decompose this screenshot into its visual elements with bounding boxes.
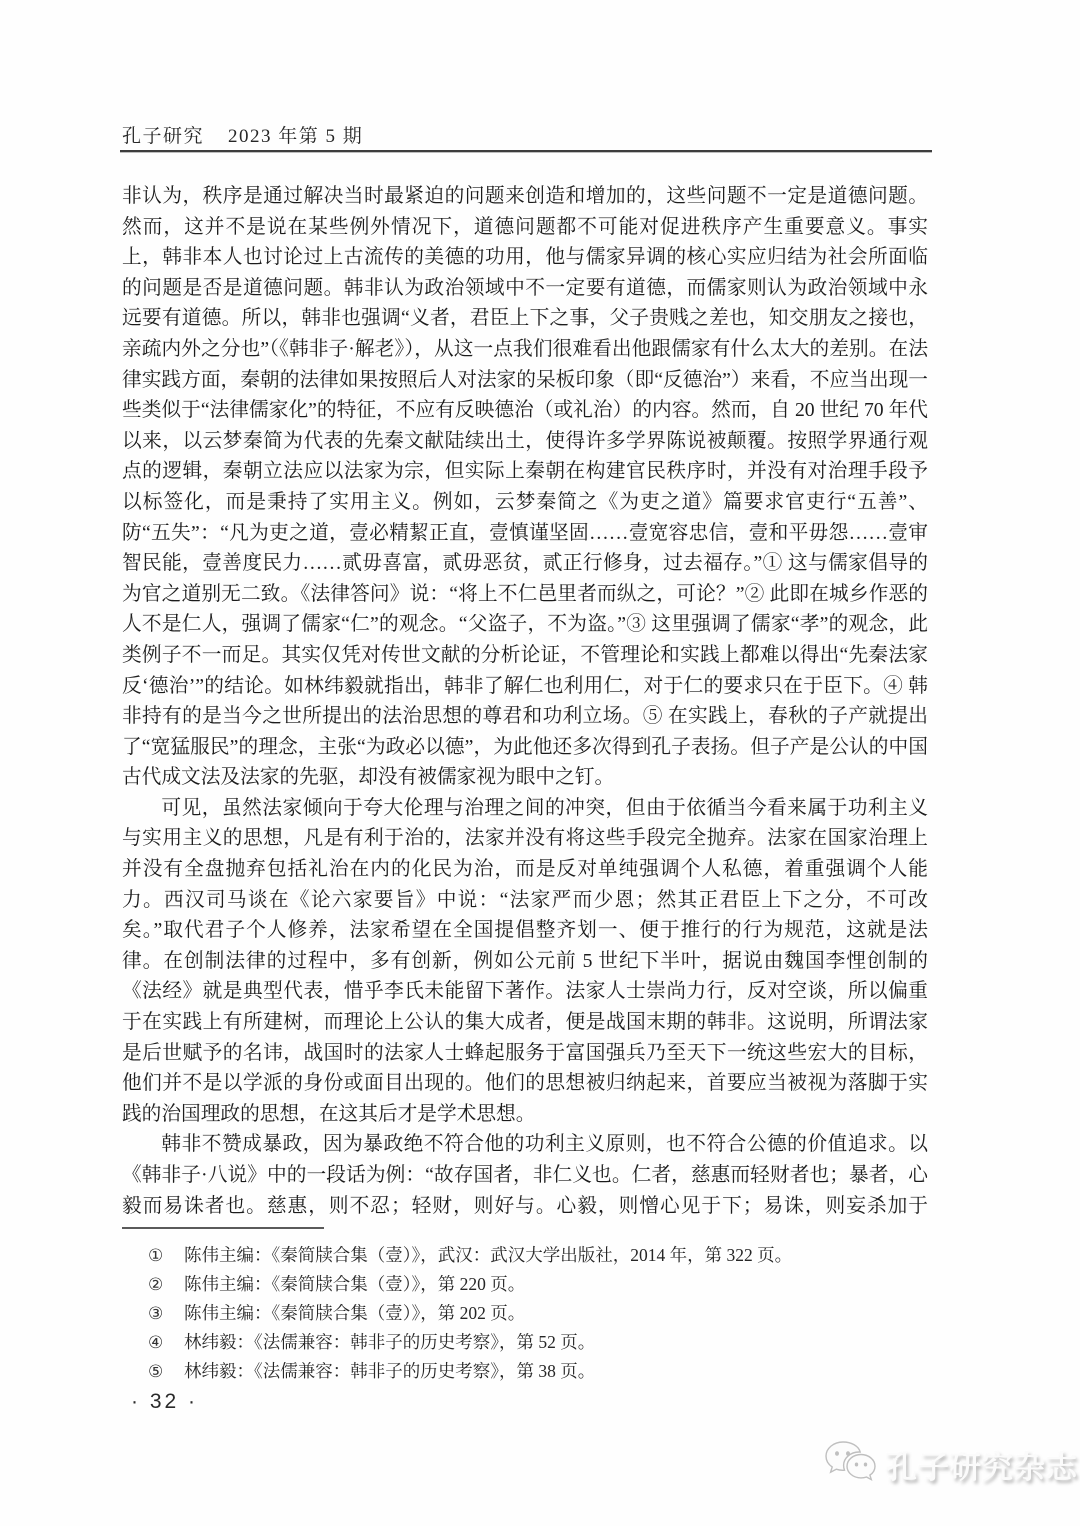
footnote-text: 陈伟主编：《秦简牍合集（壹）》，第 202 页。 bbox=[184, 1299, 928, 1328]
footnote-item: ④ 林纬毅：《法儒兼容：韩非子的历史考察》，第 52 页。 bbox=[122, 1328, 928, 1357]
footnote-item: ③ 陈伟主编：《秦简牍合集（壹）》，第 202 页。 bbox=[122, 1299, 928, 1328]
footnote-marker: ③ bbox=[148, 1299, 184, 1328]
footnote-item: ① 陈伟主编：《秦简牍合集（壹）》，武汉：武汉大学出版社，2014 年，第 32… bbox=[122, 1241, 928, 1270]
paragraph-continuation: 非认为，秩序是通过解决当时最紧迫的问题来创造和增加的，这些问题不一定是道德问题。… bbox=[122, 181, 928, 793]
footnote-marker: ⑤ bbox=[148, 1357, 184, 1386]
footnote-item: ⑤ 林纬毅：《法儒兼容：韩非子的历史考察》，第 38 页。 bbox=[122, 1357, 928, 1386]
wechat-logo-icon bbox=[822, 1438, 878, 1490]
article-body: 非认为，秩序是通过解决当时最紧迫的问题来创造和增加的，这些问题不一定是道德问题。… bbox=[122, 181, 928, 1225]
running-head: 孔子研究2023 年第 5 期 bbox=[122, 121, 363, 148]
watermark-label: 孔子研究杂志 bbox=[886, 1442, 1078, 1487]
footnote-separator bbox=[122, 1227, 324, 1229]
paragraph: 韩非不赞成暴政，因为暴政绝不符合他的功利主义原则，也不符合公德的价值追求。以《韩… bbox=[122, 1129, 928, 1225]
footnote-item: ② 陈伟主编：《秦简牍合集（壹）》，第 220 页。 bbox=[122, 1270, 928, 1299]
issue-label: 2023 年第 5 期 bbox=[228, 126, 363, 147]
footnote-marker: ② bbox=[148, 1270, 184, 1299]
watermark: 孔子研究杂志 bbox=[822, 1438, 1078, 1490]
footnote-marker: ④ bbox=[148, 1328, 184, 1357]
footnote-marker: ① bbox=[148, 1241, 184, 1270]
footnote-text: 林纬毅：《法儒兼容：韩非子的历史考察》，第 38 页。 bbox=[184, 1357, 928, 1386]
footnote-text: 陈伟主编：《秦简牍合集（壹）》，第 220 页。 bbox=[184, 1270, 928, 1299]
footnote-list: ① 陈伟主编：《秦简牍合集（壹）》，武汉：武汉大学出版社，2014 年，第 32… bbox=[122, 1241, 928, 1386]
footnote-text: 陈伟主编：《秦简牍合集（壹）》，武汉：武汉大学出版社，2014 年，第 322 … bbox=[184, 1241, 928, 1270]
journal-page: 孔子研究2023 年第 5 期 非认为，秩序是通过解决当时最紧迫的问题来创造和增… bbox=[0, 0, 1080, 1526]
journal-title: 孔子研究 bbox=[122, 126, 204, 147]
footnote-text: 林纬毅：《法儒兼容：韩非子的历史考察》，第 52 页。 bbox=[184, 1328, 928, 1357]
page-number: · 32 · bbox=[131, 1390, 198, 1414]
paragraph: 可见，虽然法家倾向于夸大伦理与治理之间的冲突，但由于依循当今看来属于功利主义与实… bbox=[122, 793, 928, 1130]
header-rule bbox=[120, 150, 932, 153]
